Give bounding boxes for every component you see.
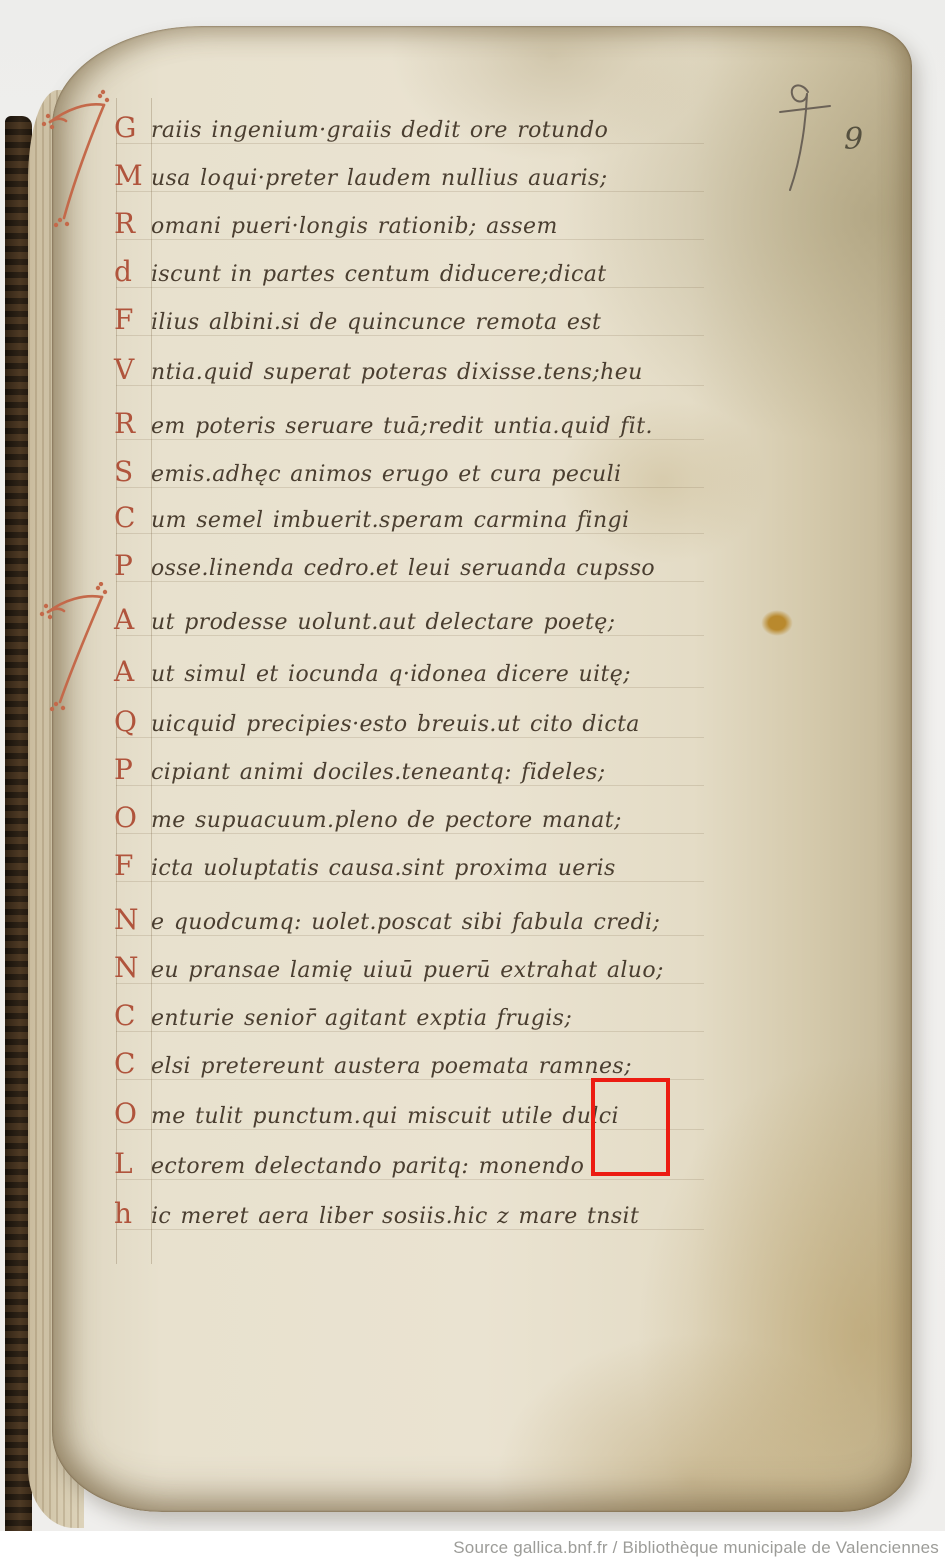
text-block: Graiis ingenium·graiis dedit ore rotundo… <box>52 26 912 1512</box>
manuscript-line: Aut simul et iocunda q·idonea dicere uit… <box>114 649 714 695</box>
line-text: enturie senior̄ agitant exptia frugis; <box>151 1006 572 1031</box>
line-text: eu pransae lamię uiuū puerū extrahat alu… <box>151 958 664 983</box>
versal-initial: C <box>114 993 151 1039</box>
versal-initial: R <box>114 201 151 247</box>
versal-initial: h <box>114 1191 151 1237</box>
versal-initial: C <box>114 495 151 541</box>
versal-initial: d <box>114 249 151 295</box>
manuscript-line: Ficta uoluptatis causa.sint proxima ueri… <box>114 843 714 889</box>
manuscript-line: Vntia.quid superat poteras dixisse.tens;… <box>114 347 714 393</box>
folio-number: 9 <box>844 122 863 157</box>
versal-initial: S <box>114 449 151 495</box>
line-text: e quodcumq: uolet.poscat sibi fabula cre… <box>151 910 660 935</box>
versal-initial: F <box>114 297 151 343</box>
line-text: raiis ingenium·graiis dedit ore rotundo <box>151 118 608 143</box>
versal-initial: Q <box>114 699 151 745</box>
manuscript-photo: Graiis ingenium·graiis dedit ore rotundo… <box>0 0 945 1531</box>
line-text: me tulit punctum.qui miscuit utile dulci <box>151 1104 619 1129</box>
versal-initial: M <box>114 153 151 199</box>
manuscript-line: Rem poteris seruare tuā;redit untia.quid… <box>114 401 714 447</box>
line-text: ut prodesse uolunt.aut delectare poetę; <box>151 610 615 635</box>
manuscript-line: discunt in partes centum diducere;dicat <box>114 249 714 295</box>
line-text: me supuacuum.pleno de pectore manat; <box>151 808 622 833</box>
versal-initial: L <box>114 1141 151 1187</box>
versal-initial: C <box>114 1041 151 1087</box>
line-text: ut simul et iocunda q·idonea dicere uitę… <box>151 662 631 687</box>
line-text: uicquid precipies·esto breuis.ut cito di… <box>151 712 640 737</box>
versal-initial: O <box>114 795 151 841</box>
line-text: ntia.quid superat poteras dixisse.tens;h… <box>151 360 643 385</box>
line-text: ilius albini.si de quincunce remota est <box>151 310 601 335</box>
manuscript-line: Graiis ingenium·graiis dedit ore rotundo <box>114 105 714 151</box>
line-text: usa loqui·preter laudem nullius auaris; <box>151 166 608 191</box>
versal-initial: O <box>114 1091 151 1137</box>
line-text: emis.adhęc animos erugo et cura peculi <box>151 462 621 487</box>
folio-mark: 9 <box>778 78 898 218</box>
screenshot: Graiis ingenium·graiis dedit ore rotundo… <box>0 0 945 1566</box>
line-text: icta uoluptatis causa.sint proxima ueris <box>151 856 616 881</box>
pen-trial-flourish-icon <box>778 78 838 198</box>
versal-initial: A <box>114 649 151 695</box>
versal-initial: A <box>114 597 151 643</box>
versal-initial: N <box>114 945 151 991</box>
line-text: osse.linenda cedro.et leui seruanda cups… <box>151 556 655 581</box>
line-text: elsi pretereunt austera poemata ramnes; <box>151 1054 632 1079</box>
line-text: em poteris seruare tuā;redit untia.quid … <box>151 414 653 439</box>
manuscript-line: Pcipiant animi dociles.teneantq: fideles… <box>114 747 714 793</box>
manuscript-line: Neu pransae lamię uiuū puerū extrahat al… <box>114 945 714 991</box>
manuscript-line: Quicquid precipies·esto breuis.ut cito d… <box>114 699 714 745</box>
versal-initial: P <box>114 747 151 793</box>
versal-initial: N <box>114 897 151 943</box>
versal-initial: P <box>114 543 151 589</box>
line-text: ectorem delectando paritq: monendo <box>151 1154 584 1179</box>
line-text: cipiant animi dociles.teneantq: fideles; <box>151 760 606 785</box>
manuscript-page: Graiis ingenium·graiis dedit ore rotundo… <box>52 26 912 1512</box>
manuscript-line: Romani pueri·longis rationib; assem <box>114 201 714 247</box>
manuscript-line: Filius albini.si de quincunce remota est <box>114 297 714 343</box>
manuscript-line: Aut prodesse uolunt.aut delectare poetę; <box>114 597 714 643</box>
manuscript-line: hic meret aera liber sosiis.hic z mare t… <box>114 1191 714 1237</box>
line-text: ic meret aera liber sosiis.hic z mare tn… <box>151 1204 639 1229</box>
versal-initial: V <box>114 347 151 393</box>
attribution-text: Source gallica.bnf.fr / Bibliothèque mun… <box>453 1538 945 1557</box>
versal-initial: G <box>114 105 151 151</box>
manuscript-line: Musa loqui·preter laudem nullius auaris; <box>114 153 714 199</box>
line-text: iscunt in partes centum diducere;dicat <box>151 262 607 287</box>
manuscript-line: Ome supuacuum.pleno de pectore manat; <box>114 795 714 841</box>
manuscript-line: Cum semel imbuerit.speram carmina fingi <box>114 495 714 541</box>
manuscript-line: Posse.linenda cedro.et leui seruanda cup… <box>114 543 714 589</box>
line-text: um semel imbuerit.speram carmina fingi <box>151 508 629 533</box>
versal-initial: R <box>114 401 151 447</box>
manuscript-line: Semis.adhęc animos erugo et cura peculi <box>114 449 714 495</box>
manuscript-line: Centurie senior̄ agitant exptia frugis; <box>114 993 714 1039</box>
line-text: omani pueri·longis rationib; assem <box>151 214 558 239</box>
annotation-rectangle <box>591 1078 670 1176</box>
attribution-bar: Source gallica.bnf.fr / Bibliothèque mun… <box>0 1531 945 1566</box>
versal-initial: F <box>114 843 151 889</box>
manuscript-line: Ne quodcumq: uolet.poscat sibi fabula cr… <box>114 897 714 943</box>
